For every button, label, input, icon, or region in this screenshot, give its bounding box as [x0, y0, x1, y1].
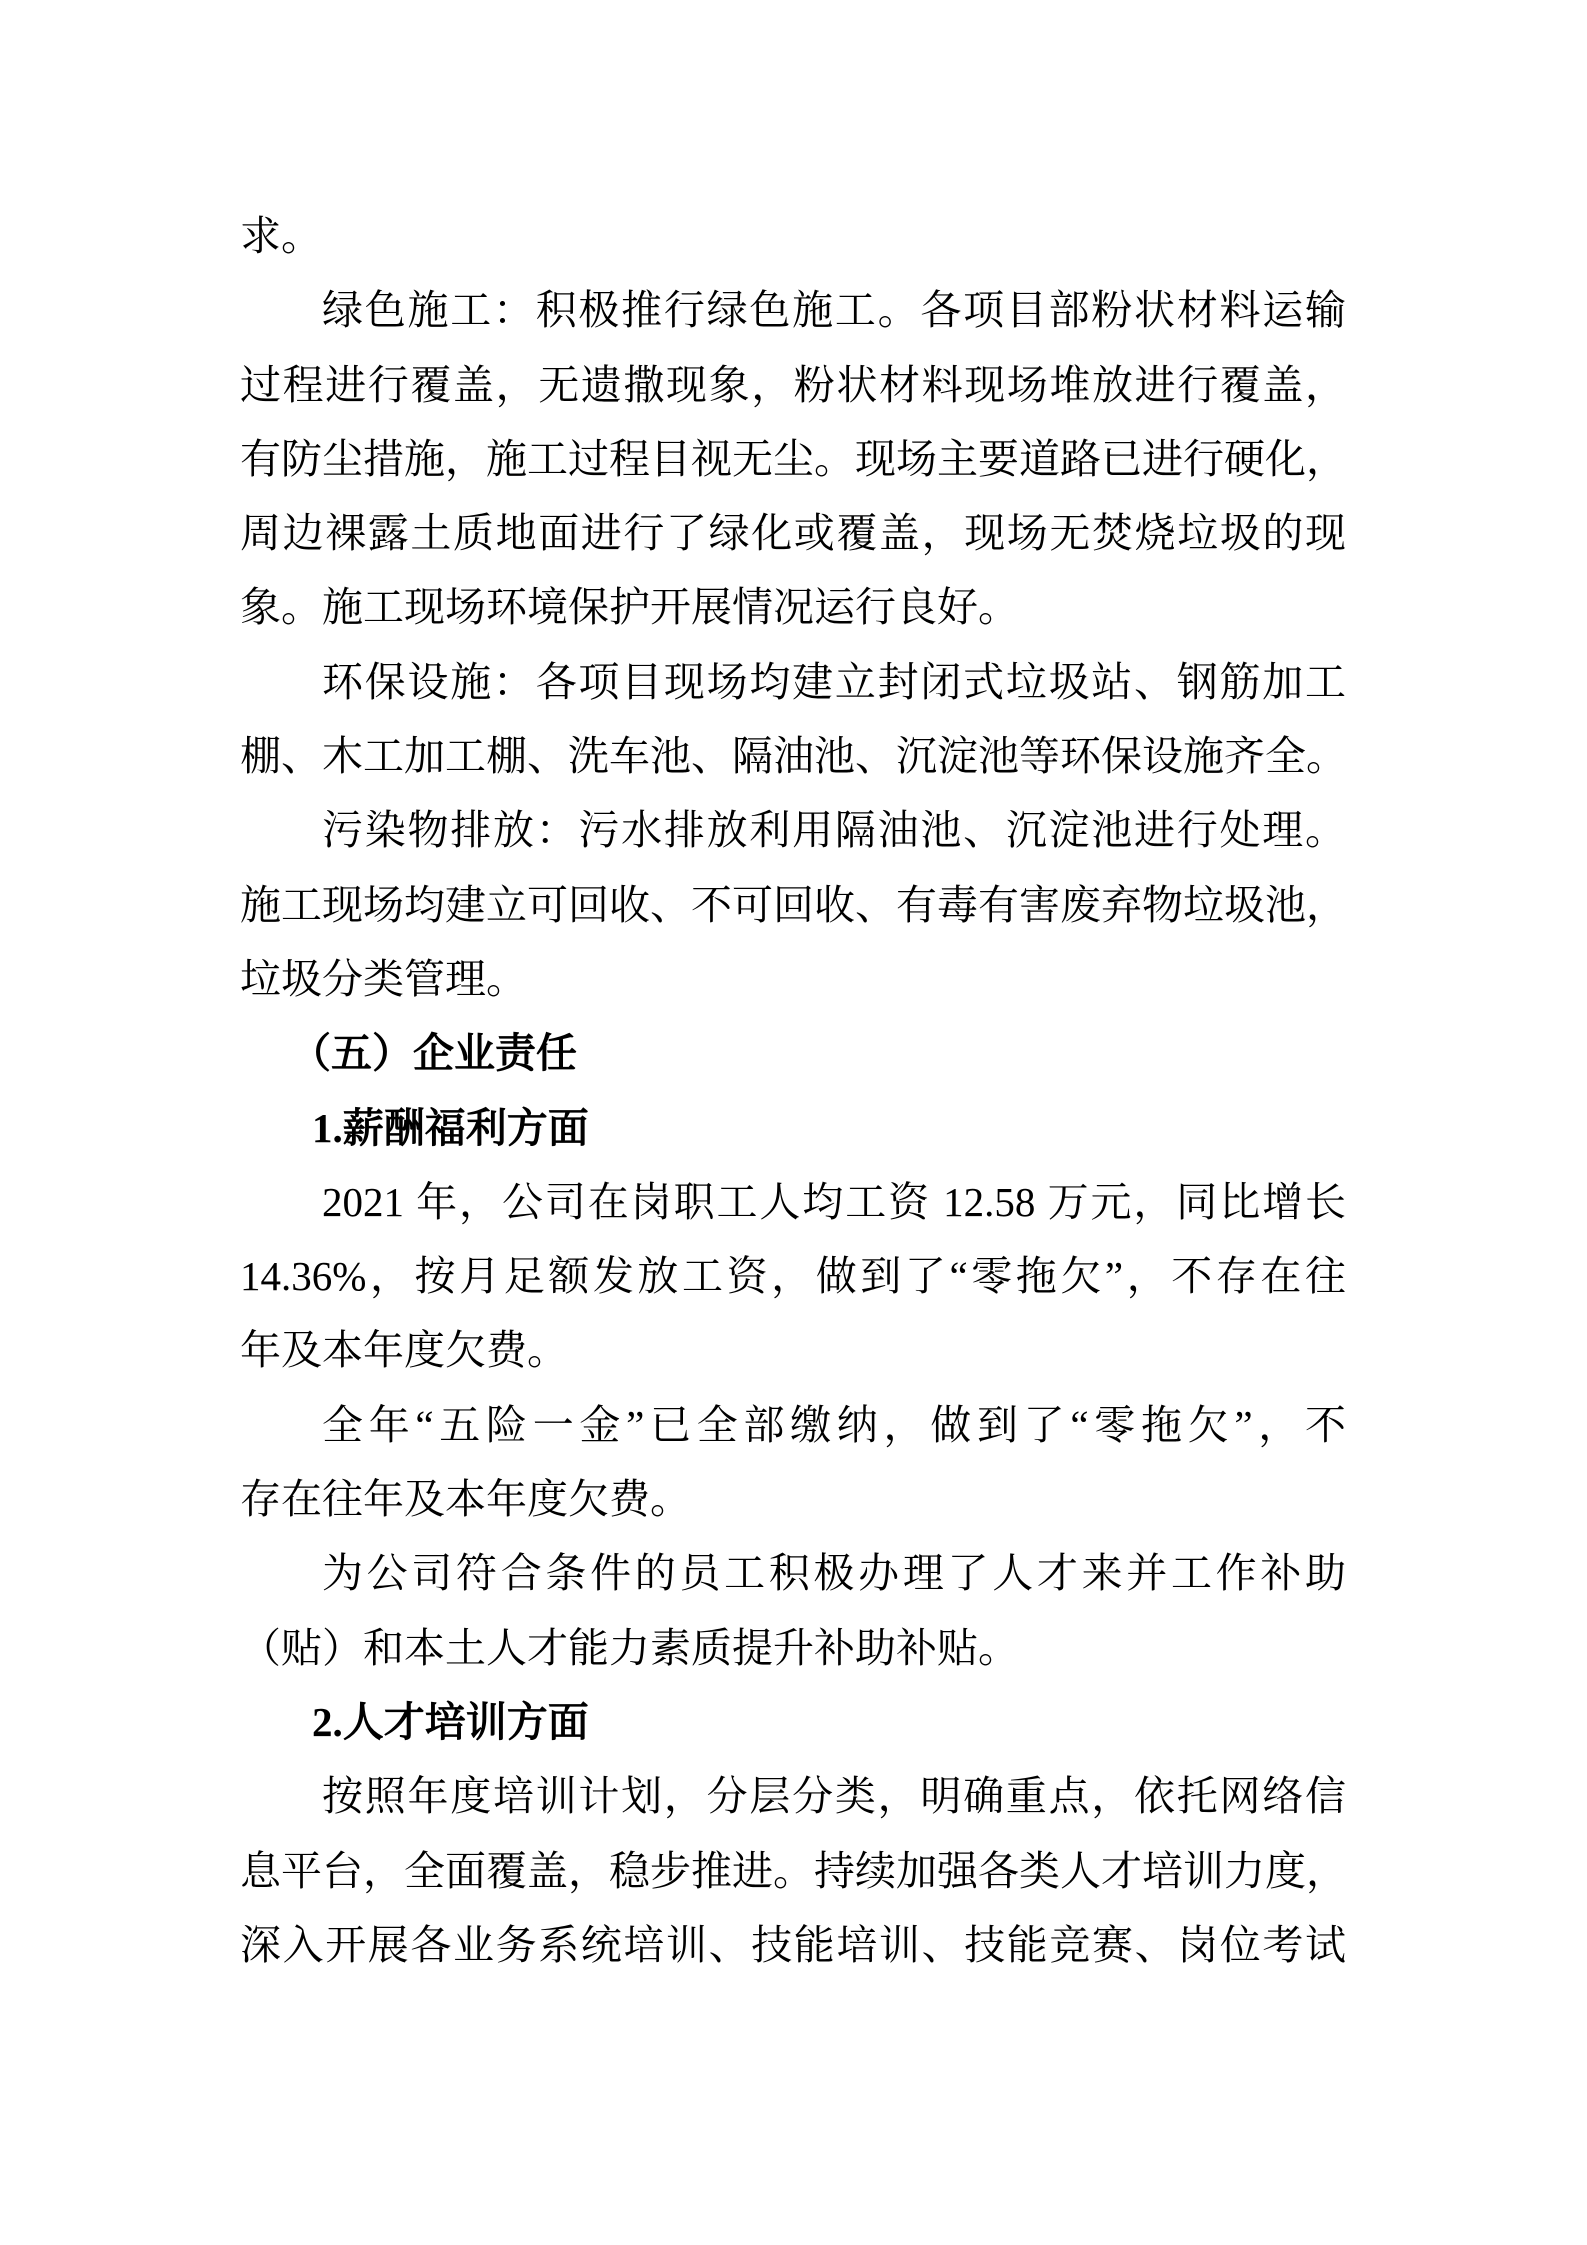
subsection-heading-1: 1.薪酬福利方面: [240, 1091, 1346, 1165]
text-line: 息平台，全面覆盖，稳步推进。持续加强各类人才培训力度，: [240, 1834, 1346, 1908]
text-line: 按照年度培训计划，分层分类，明确重点，依托网络信: [240, 1759, 1346, 1833]
text-line: 环保设施：各项目现场均建立封闭式垃圾站、钢筋加工: [240, 645, 1346, 719]
text-line: 周边裸露土质地面进行了绿化或覆盖，现场无焚烧垃圾的现: [240, 496, 1346, 570]
text-line: （贴）和本土人才能力素质提升补助补贴。: [240, 1611, 1346, 1685]
text-line: 全年“五险一金”已全部缴纳，做到了“零拖欠”，不: [240, 1388, 1346, 1462]
text-line: 垃圾分类管理。: [240, 942, 1346, 1016]
text-line: 象。施工现场环境保护开展情况运行良好。: [240, 570, 1346, 644]
text-line: 污染物排放：污水排放利用隔油池、沉淀池进行处理。: [240, 793, 1346, 867]
text-line: 年及本年度欠费。: [240, 1313, 1346, 1387]
text-line: 2021 年，公司在岗职工人均工资 12.58 万元，同比增长: [240, 1165, 1346, 1239]
text-line: 求。: [240, 199, 1346, 273]
document-page: 求。 绿色施工：积极推行绿色施工。各项目部粉状材料运输 过程进行覆盖，无遗撒现象…: [0, 0, 1587, 2245]
text-line: 施工现场均建立可回收、不可回收、有毒有害废弃物垃圾池，: [240, 868, 1346, 942]
document-body: 求。 绿色施工：积极推行绿色施工。各项目部粉状材料运输 过程进行覆盖，无遗撒现象…: [240, 199, 1346, 1982]
text-line: 过程进行覆盖，无遗撒现象，粉状材料现场堆放进行覆盖，: [240, 348, 1346, 422]
text-line: 深入开展各业务系统培训、技能培训、技能竞赛、岗位考试: [240, 1908, 1346, 1982]
text-line: 存在往年及本年度欠费。: [240, 1462, 1346, 1536]
text-line: 棚、木工加工棚、洗车池、隔油池、沉淀池等环保设施齐全。: [240, 719, 1346, 793]
section-heading-5: （五）企业责任: [240, 1016, 1346, 1090]
text-line: 为公司符合条件的员工积极办理了人才来并工作补助: [240, 1536, 1346, 1610]
subsection-heading-2: 2.人才培训方面: [240, 1685, 1346, 1759]
text-line: 有防尘措施，施工过程目视无尘。现场主要道路已进行硬化，: [240, 422, 1346, 496]
text-line: 绿色施工：积极推行绿色施工。各项目部粉状材料运输: [240, 273, 1346, 347]
text-line: 14.36%，按月足额发放工资，做到了“零拖欠”，不存在往: [240, 1239, 1346, 1313]
